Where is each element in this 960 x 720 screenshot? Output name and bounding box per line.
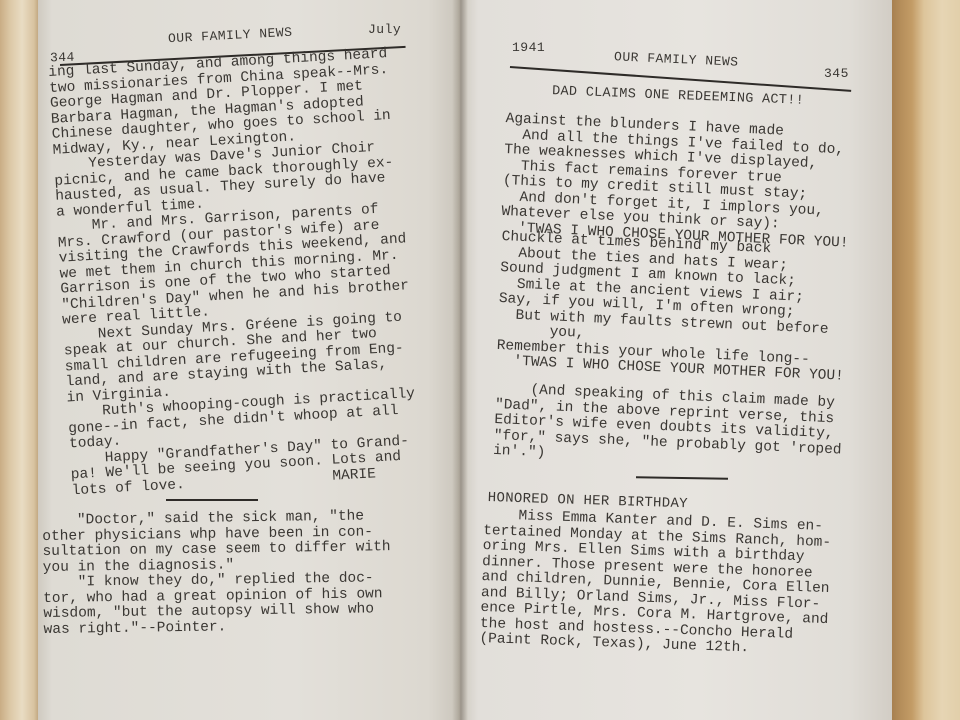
left-column-text: ing last Sunday, and among things heardt… [48,47,420,500]
wood-table-surface [890,0,960,720]
poem-title: DAD CLAIMS ONE REDEEMING ACT!! [552,84,804,109]
running-title-left: OUR FAMILY NEWS [168,25,293,47]
year-label: 1941 [512,40,545,56]
section-separator [166,499,258,501]
running-title-right: OUR FAMILY NEWS [614,49,739,70]
month-label: July [368,22,401,38]
section-separator-right [636,476,728,479]
birthday-article-text: Miss Emma Kanter and D. E. Sims en-terta… [479,508,832,660]
text-line: was right."--Pointer. [44,618,392,638]
right-page: 1941 OUR FAMILY NEWS 345 DAD CLAIMS ONE … [460,0,892,720]
editor-note: (And speaking of this claim made by"Dad"… [493,382,844,474]
doctor-joke-text: "Doctor," said the sick man, "theother p… [42,509,392,638]
poem-stanza-2: Chuckle at times behind my back About th… [496,230,850,385]
book-gutter [452,0,468,720]
page-number-right: 345 [824,66,849,82]
left-page: 344 OUR FAMILY NEWS July ing last Sunday… [38,0,462,720]
